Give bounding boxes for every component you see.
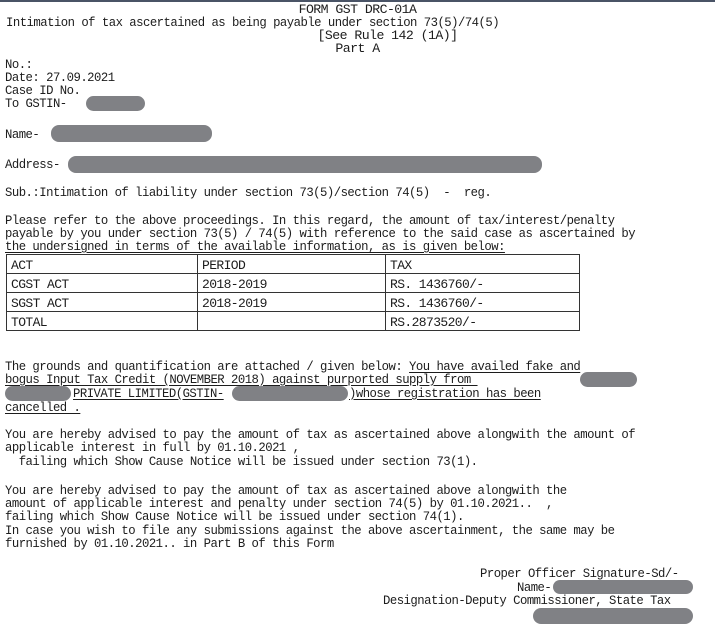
para73-line-2: applicable interest in full by 01.10.202…: [5, 441, 299, 455]
cell-period: [198, 312, 386, 331]
table-row-total: TOTAL RS.2873520/-: [7, 312, 580, 331]
header-tax: TAX: [386, 255, 580, 274]
address-label: Address-: [5, 158, 60, 172]
grounds-line-3a: PRIVATE LIMITED(GSTIN-: [73, 387, 224, 401]
header-period: PERIOD: [198, 255, 386, 274]
table-header-row: ACT PERIOD TAX: [7, 255, 580, 274]
redacted-address: [68, 156, 542, 173]
redacted-supplier-gstin: [232, 386, 348, 401]
part-label: Part A: [0, 42, 715, 56]
table-row: CGST ACT 2018-2019 RS. 1436760/-: [7, 274, 580, 293]
redacted-name: [51, 125, 212, 142]
para73-line-3: failing which Show Cause Notice will be …: [5, 455, 478, 469]
signature-line: Proper Officer Signature-Sd/-: [480, 567, 679, 581]
grounds-line-4: cancelled .: [5, 401, 80, 415]
drc-01a-document: FORM GST DRC-01A Intimation of tax ascer…: [0, 0, 715, 627]
subject-line: Sub.:Intimation of liability under secti…: [5, 186, 491, 200]
designation-line: Designation-Deputy Commissioner, State T…: [383, 594, 671, 608]
cell-act: CGST ACT: [7, 274, 198, 293]
name-label: Name-: [5, 128, 39, 142]
cell-tax: RS.2873520/-: [386, 312, 580, 331]
cell-act: SGST ACT: [7, 293, 198, 312]
redacted-supplier-name-cont: [5, 386, 71, 401]
header-act: ACT: [7, 255, 198, 274]
table-row: SGST ACT 2018-2019 RS. 1436760/-: [7, 293, 580, 312]
redacted-office: [533, 608, 693, 624]
tax-table: ACT PERIOD TAX CGST ACT 2018-2019 RS. 14…: [6, 254, 580, 331]
intro-line-3: the undersigned in terms of the availabl…: [5, 240, 505, 254]
para74-line-3: failing which Show Cause Notice will be …: [5, 510, 464, 524]
grounds-line-2: bogus Input Tax Credit (NOVEMBER 2018) a…: [5, 373, 478, 387]
redacted-supplier-name: [580, 372, 637, 387]
grounds-line-3b: )whose registration has been: [349, 387, 541, 401]
redacted-officer-name: [553, 580, 693, 594]
cell-period: 2018-2019: [198, 274, 386, 293]
redacted-gstin: [86, 96, 145, 111]
to-gstin-label: To GSTIN-: [5, 97, 67, 111]
para74-line-5: furnished by 01.10.2021.. in Part B of t…: [5, 537, 334, 551]
cell-period: 2018-2019: [198, 293, 386, 312]
cell-act: TOTAL: [7, 312, 198, 331]
cell-tax: RS. 1436760/-: [386, 293, 580, 312]
cell-tax: RS. 1436760/-: [386, 274, 580, 293]
